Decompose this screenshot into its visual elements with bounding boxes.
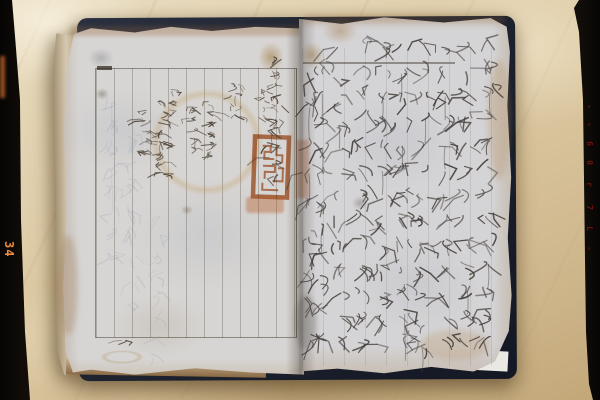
film-edge-smudge [0,56,5,98]
film-edge-mark: 7 [585,205,594,210]
film-frame-number: 34 [2,241,16,257]
handwriting-column [187,106,209,168]
film-edge-marks: --60r7L- [585,96,599,266]
film-edge-mark: L [585,226,594,231]
handwriting-column [262,126,288,198]
gutter-shadow [286,18,316,376]
open-manuscript-book [0,0,600,400]
film-edge-mark: 6 [585,141,594,146]
handwriting-column [228,83,250,135]
handwriting-column [124,130,147,334]
handwriting-column [119,339,137,360]
film-edge-mark: - [585,122,594,127]
film-edge-mark: r [585,182,594,187]
film-edge-mark: - [585,104,594,109]
film-edge-mark: 0 [585,160,594,165]
handwriting-column [149,210,173,382]
film-edge-mark: - [585,246,594,251]
